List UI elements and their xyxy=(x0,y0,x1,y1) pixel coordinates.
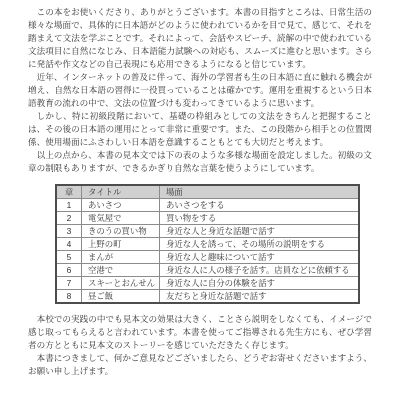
cell-chapter: 3 xyxy=(56,225,82,238)
preface-paragraph-2: 近年、インターネットの普及に伴って、海外の学習者も生の日本語に直に触れる機会が増… xyxy=(28,71,372,110)
table-row: 4 上野の町 身近な人を誘って、その場所の説明をする xyxy=(56,238,359,251)
preface-paragraph-1: この本をお使いくださり、ありがとうございます。本書の目指すところは、日常生活の様… xyxy=(28,6,372,71)
cell-title: あいさつ xyxy=(82,199,160,212)
cell-scene: 身近な人と趣味について話す xyxy=(160,251,360,264)
table-header-title: タイトル xyxy=(82,185,160,199)
scene-table: 章 タイトル 場面 1 あいさつ あいさつをする 2 電気屋で 買い物をする 3… xyxy=(55,184,360,304)
cell-scene: 友だちと身近な話題で話す xyxy=(160,290,360,304)
table-header-row: 章 タイトル 場面 xyxy=(56,185,359,199)
cell-chapter: 7 xyxy=(56,277,82,290)
table-row: 5 まんが 身近な人と趣味について話す xyxy=(56,251,359,264)
cell-scene: 身近な人と身近な話題で話す xyxy=(160,225,360,238)
table-row: 8 昼ご飯 友だちと身近な話題で話す xyxy=(56,290,359,304)
preface-paragraph-4: 以上の点から、本書の見本文では下の表のような多様な場面を設定しました。初級の文章… xyxy=(28,149,372,175)
table-row: 7 スキーとおんせん 身近な人に自分の体験を話す xyxy=(56,277,359,290)
closing-paragraph-1: 本校での実践の中でも見本文の効果は大きく、ことさら説明をしなくても、イメージで感… xyxy=(28,313,372,352)
cell-scene: 買い物をする xyxy=(160,212,360,225)
cell-chapter: 5 xyxy=(56,251,82,264)
cell-title: まんが xyxy=(82,251,160,264)
cell-scene: 身近な人を誘って、その場所の説明をする xyxy=(160,238,360,251)
cell-title: 空港で xyxy=(82,264,160,277)
closing-paragraph-2: 本書につきまして、何かご意見などございましたら、どうぞお寄せくださいますよう、お… xyxy=(28,352,372,378)
cell-chapter: 6 xyxy=(56,264,82,277)
cell-title: スキーとおんせん xyxy=(82,277,160,290)
cell-title: 電気屋で xyxy=(82,212,160,225)
table-row: 2 電気屋で 買い物をする xyxy=(56,212,359,225)
table-row: 3 きのうの買い物 身近な人と身近な話題で話す xyxy=(56,225,359,238)
cell-title: きのうの買い物 xyxy=(82,225,160,238)
cell-title: 上野の町 xyxy=(82,238,160,251)
table-header-scene: 場面 xyxy=(160,185,360,199)
cell-chapter: 1 xyxy=(56,199,82,212)
preface-paragraph-3: しかし、特に初級段階において、基礎の枠組みとしての文法をきちんと把握することは、… xyxy=(28,110,372,149)
cell-scene: 身近な人に自分の体験を話す xyxy=(160,277,360,290)
table-row: 6 空港で 身近な人に人の様子を話す。店員などに依頼する xyxy=(56,264,359,277)
document-page: この本をお使いくださり、ありがとうございます。本書の目指すところは、日常生活の様… xyxy=(0,0,400,400)
cell-scene: あいさつをする xyxy=(160,199,360,212)
cell-chapter: 2 xyxy=(56,212,82,225)
cell-chapter: 8 xyxy=(56,290,82,304)
table-header-chapter: 章 xyxy=(56,185,82,199)
table-row: 1 あいさつ あいさつをする xyxy=(56,199,359,212)
cell-scene: 身近な人に人の様子を話す。店員などに依頼する xyxy=(160,264,360,277)
cell-title: 昼ご飯 xyxy=(82,290,160,304)
cell-chapter: 4 xyxy=(56,238,82,251)
